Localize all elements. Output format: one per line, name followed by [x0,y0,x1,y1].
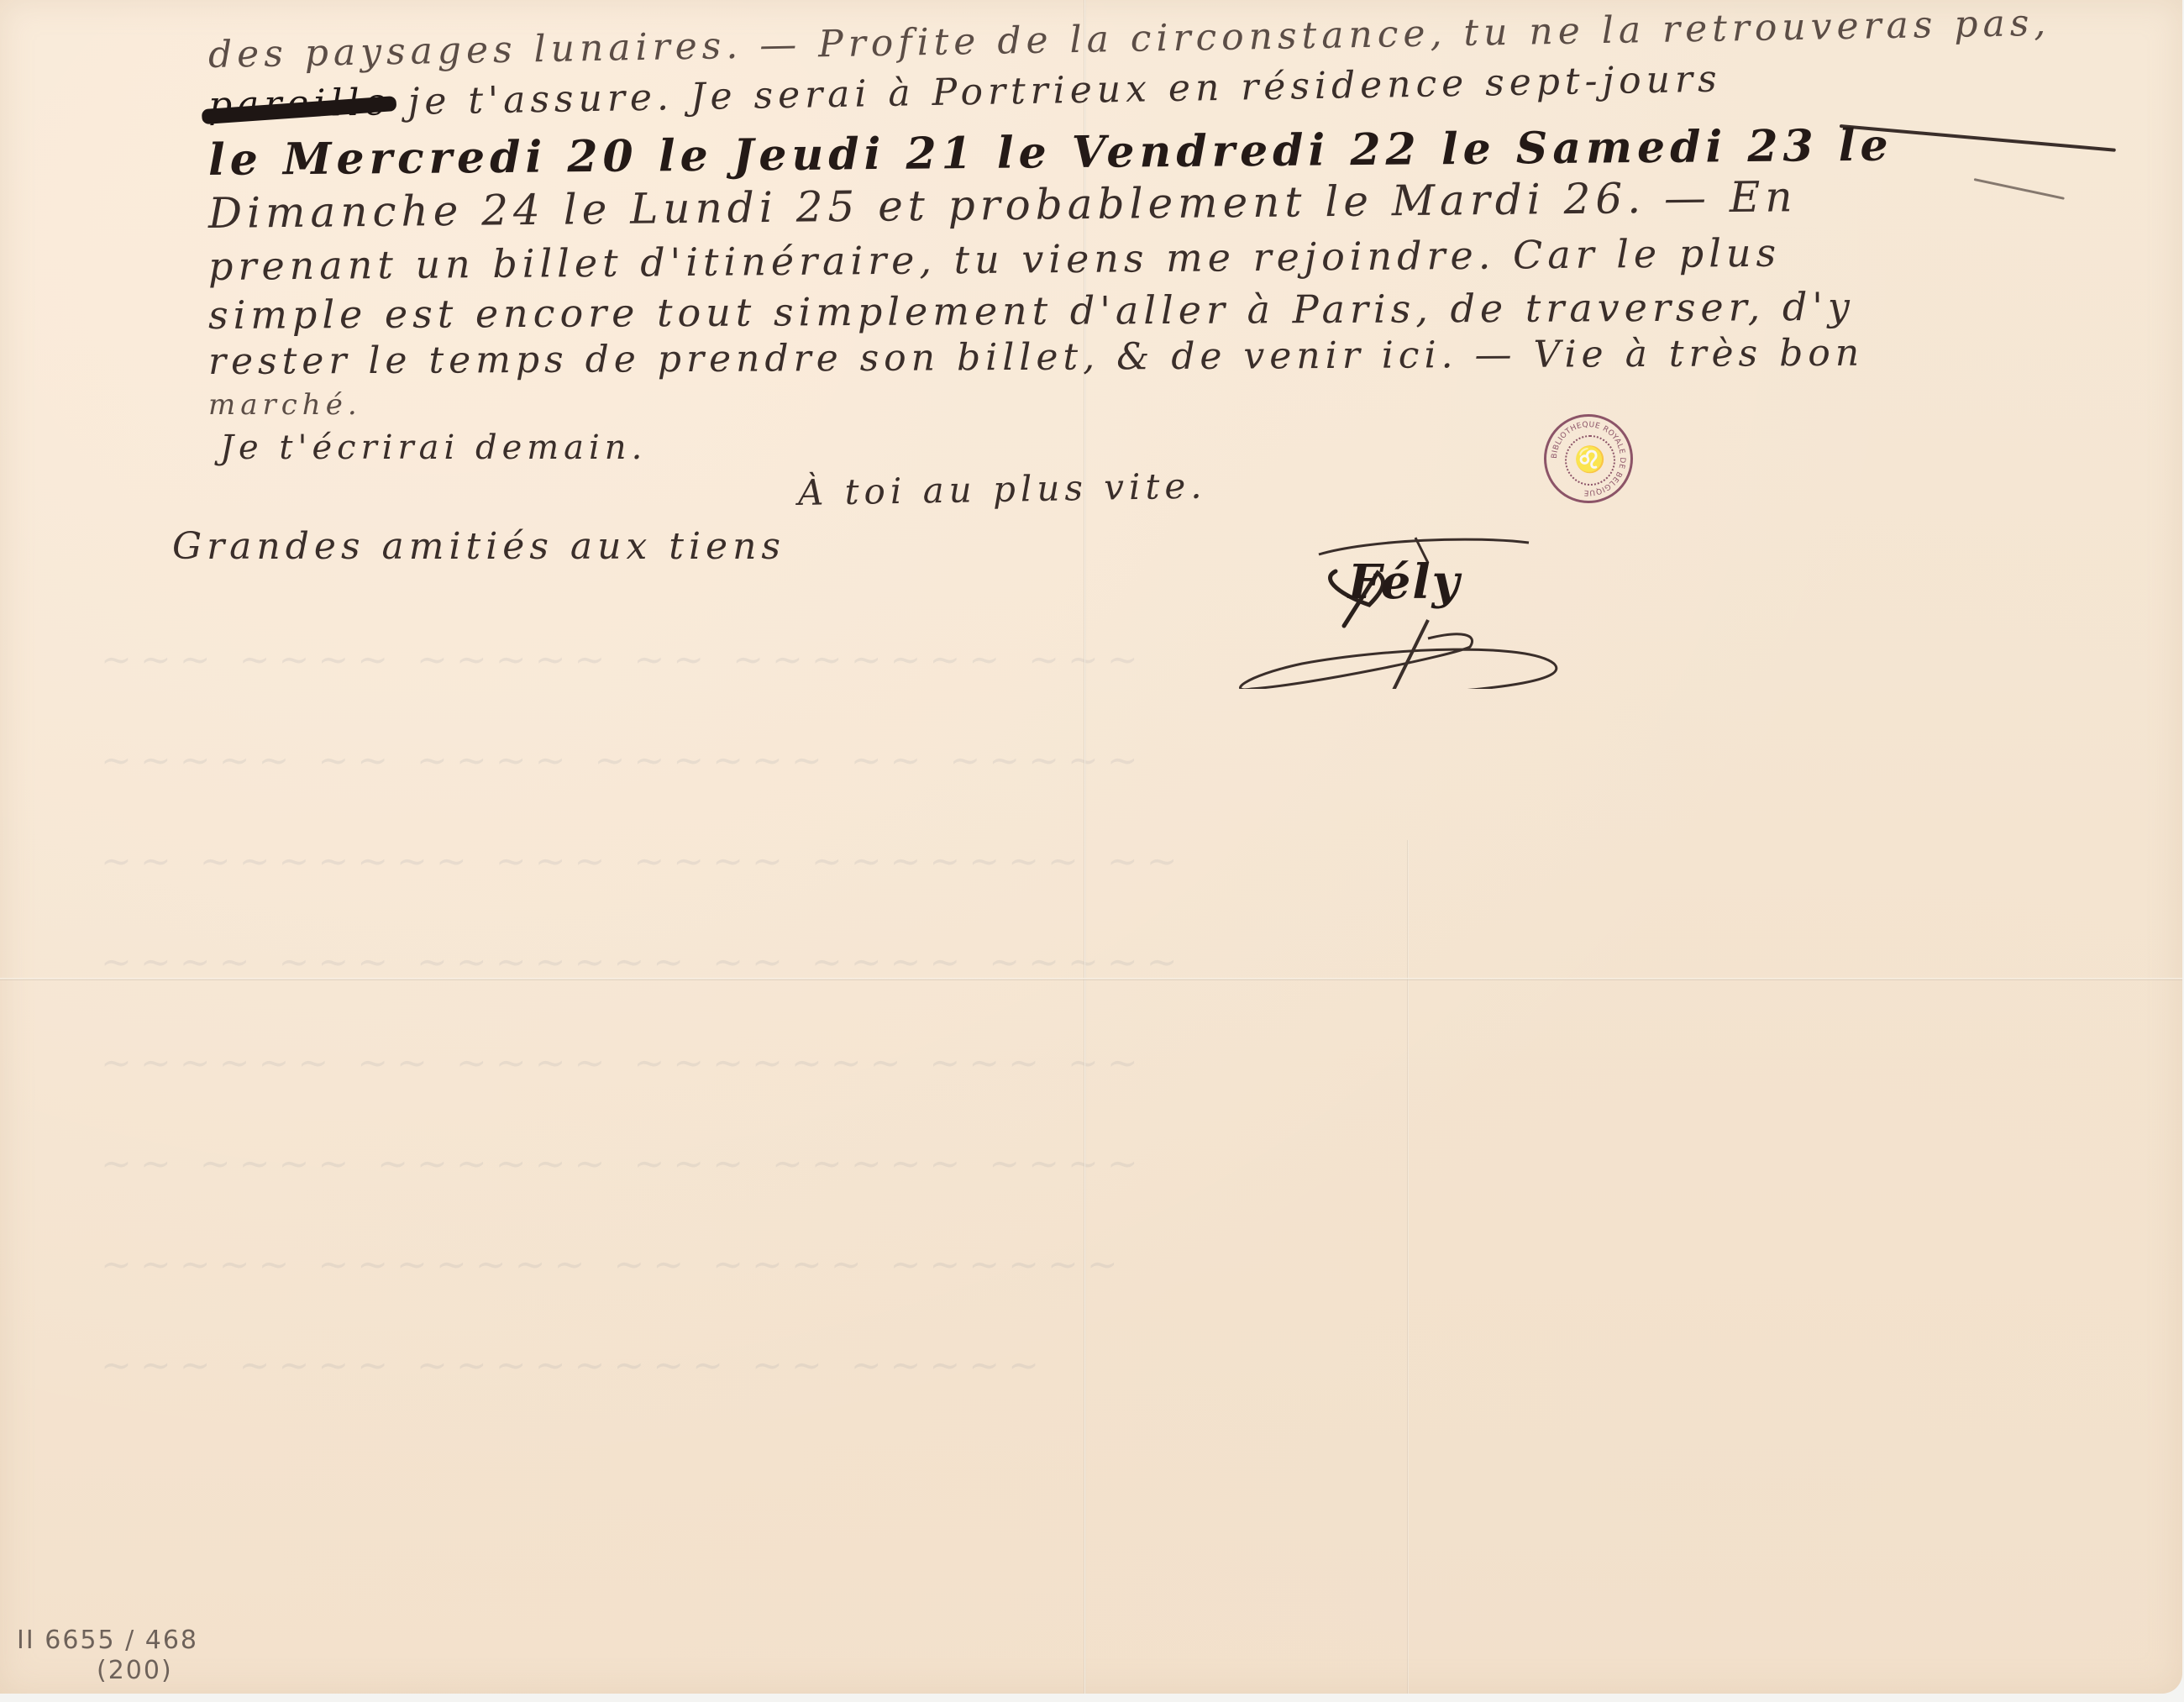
underline-le [1974,178,2065,200]
archive-subnumber: (200) [17,1656,198,1686]
bleed-through-text: ~~~ ~~~~ ~~~~~~~~ ~~ ~~~~~ [101,1344,1047,1387]
bleed-through-text: ~~~~~~ ~~ ~~~~ ~~~~~~~ ~~~ ~~ [101,1042,1147,1085]
struck-through-word: pareille [208,81,392,127]
signature: Fély [1176,521,1646,689]
bleed-through-text: ~~ ~~~~ ~~~~~~ ~~~ ~~~~~ ~~~~ [101,1143,1147,1185]
bleed-through-text: ~~~~~ ~~ ~~~~ ~~~~~~ ~~ ~~~~~ [101,739,1147,782]
bleed-through-text: ~~~~~ ~~~~~~~ ~~ ~~~~ ~~~~~~ [101,1243,1126,1286]
archive-reference-mark: II 6655 / 468 (200) [17,1626,198,1686]
letter-line-7: rester le temps de prendre son billet, &… [208,332,1864,383]
signature-name: Fély [1348,554,1461,610]
bleed-through-text: ~~ ~~~~~~~ ~~~ ~~~~ ~~~~~~~ ~~ [101,840,1186,883]
regards-line: Grandes amitiés aux tiens [172,525,785,568]
horizontal-fold-crease [0,978,2182,980]
letter-line-8: marché. [208,388,362,422]
letter-line-9: Je t'écrirai demain. [220,428,647,467]
secondary-fold-crease [1407,840,1409,1694]
closing-line: À toi au plus vite. [798,465,1207,513]
letter-line-1: des paysages lunaires. — Profite de la c… [208,2,2051,76]
letter-line-5: prenant un billet d'itinéraire, tu viens… [208,230,1782,289]
letter-paper: ~~~ ~~~~ ~~~~~ ~~ ~~~~~~~ ~~~ ~~~~~ ~~ ~… [0,0,2182,1694]
archive-number: II 6655 / 468 [17,1626,198,1656]
lion-emblem-icon: ♌ [1565,435,1615,486]
letter-line-6: simple est encore tout simplement d'alle… [208,284,1855,338]
bleed-through-text: ~~~ ~~~~ ~~~~~ ~~ ~~~~~~~ ~~~ [101,638,1147,681]
library-stamp: BIBLIOTHEQUE ROYALE DE BELGIQUE ♌ [1544,414,1633,503]
